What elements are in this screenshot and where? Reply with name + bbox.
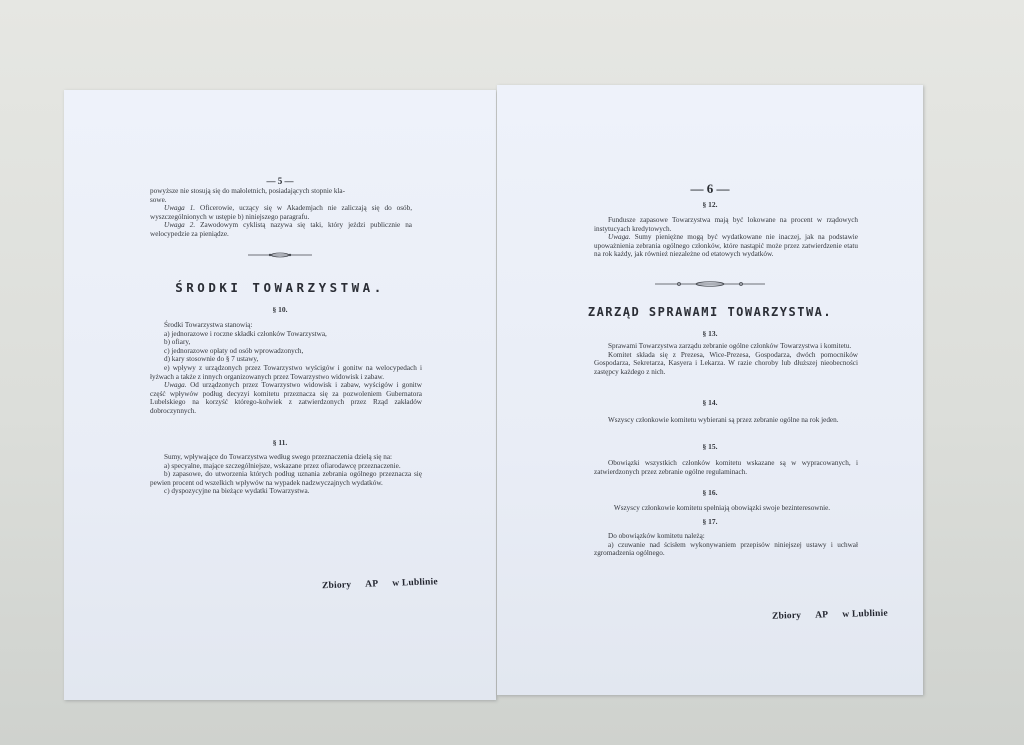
- list-item: d) kary stosownie do § 7 ustawy,: [150, 355, 422, 364]
- paragraph-text: Fundusze zapasowe Towarzystwa mają być l…: [594, 216, 858, 233]
- list-item: c) jednorazowe opłaty od osób wprowadzon…: [150, 347, 422, 356]
- ornament-divider-icon: [655, 280, 765, 288]
- intro-line: sowe.: [150, 196, 412, 205]
- section-heading: ZARZĄD SPRAWAMI TOWARZYSTWA.: [497, 305, 923, 319]
- note-text: Od urządzonych przez Towarzystwo widowis…: [150, 381, 422, 415]
- paragraph-title: § 14.: [497, 398, 923, 407]
- list-item: a) czuwanie nad ścisłem wykonywaniem prz…: [594, 541, 858, 558]
- document-page-right: — 6 — § 12. Fundusze zapasowe Towarzystw…: [497, 85, 923, 695]
- stamp-word: Zbiory: [322, 580, 352, 591]
- paragraph-16: Wszyscy członkowie komitetu spełniają ob…: [577, 504, 867, 513]
- note-label: Uwaga.: [164, 381, 187, 389]
- paragraph-15: Obowiązki wszystkich członków komitetu w…: [594, 459, 858, 476]
- paragraph-13: Sprawami Towarzystwa zarządu zebranie og…: [594, 342, 858, 376]
- list-item: b) ofiary,: [150, 338, 422, 347]
- paragraph-text: Wszyscy członkowie komitetu spełniają ob…: [577, 504, 867, 513]
- paragraph-title: § 10.: [64, 305, 496, 314]
- ornament-divider-icon: [248, 251, 312, 259]
- paragraph-title: § 16.: [497, 488, 923, 497]
- paragraph-text: Sprawami Towarzystwa zarządu zebranie og…: [594, 342, 858, 351]
- paragraph-12: Fundusze zapasowe Towarzystwa mają być l…: [594, 216, 858, 259]
- list-item: a) specyalne, mające szczególniejsze, ws…: [150, 462, 422, 471]
- stamp-word: w Lublinie: [842, 609, 888, 620]
- paragraph-11: Sumy, wpływające do Towarzystwa według s…: [150, 453, 422, 496]
- paragraph-14: Wszyscy członkowie komitetu wybierani są…: [594, 416, 858, 425]
- note: Uwaga. Od urządzonych przez Towarzystwo …: [150, 381, 422, 415]
- note-text: Sumy pieniężne mogą być wydatkowane nie …: [594, 233, 858, 258]
- paragraph-10: Środki Towarzystwa stanowią: a) jednoraz…: [150, 321, 422, 416]
- intro-text: powyższe nie stosują się do małoletnich,…: [150, 187, 412, 239]
- paragraph-lead: Do obowiązków komitetu należą:: [594, 532, 858, 541]
- archive-stamp: ZbioryAPw Lublinie: [772, 608, 902, 621]
- list-item: b) zapasowe, do utworzenia których podłu…: [150, 470, 422, 487]
- document-page-left: — 5 — powyższe nie stosują się do małole…: [64, 90, 496, 700]
- list-item: c) dyspozycyjne na bieżące wydatki Towar…: [150, 487, 422, 496]
- paragraph-17: Do obowiązków komitetu należą: a) czuwan…: [594, 532, 858, 558]
- paragraph-title: § 17.: [497, 517, 923, 526]
- paragraph-text: Wszyscy członkowie komitetu wybierani są…: [594, 416, 858, 425]
- note-label: Uwaga.: [608, 233, 631, 241]
- note: Uwaga. Sumy pieniężne mogą być wydatkowa…: [594, 233, 858, 259]
- archive-stamp: ZbioryAPw Lublinie: [322, 577, 452, 592]
- stamp-word: AP: [365, 579, 378, 589]
- list-item: a) jednorazowe i roczne składki członków…: [150, 330, 422, 339]
- section-heading: ŚRODKI TOWARZYSTWA.: [64, 280, 496, 295]
- paragraph-lead: Środki Towarzystwa stanowią:: [150, 321, 422, 330]
- intro-line: powyższe nie stosują się do małoletnich,…: [150, 187, 412, 196]
- stamp-word: Zbiory: [772, 611, 801, 622]
- stamp-word: AP: [815, 610, 828, 620]
- note-label: Uwaga 2.: [164, 221, 195, 229]
- list-item: e) wpływy z urządzonych przez Towarzystw…: [150, 364, 422, 381]
- paragraph-text: Obowiązki wszystkich członków komitetu w…: [594, 459, 858, 476]
- note-1: Uwaga 1. Oficerowie, uczący się w Akadem…: [150, 204, 412, 221]
- paragraph-text: Komitet składa się z Prezesa, Wice-Preze…: [594, 351, 858, 377]
- paragraph-title: § 13.: [497, 329, 923, 338]
- page-number: — 5 —: [64, 176, 496, 186]
- paragraph-title: § 11.: [64, 438, 496, 447]
- stamp-word: w Lublinie: [392, 577, 438, 589]
- page-number: — 6 —: [497, 181, 923, 197]
- paragraph-title: § 15.: [497, 442, 923, 451]
- note-label: Uwaga 1.: [164, 204, 195, 212]
- paragraph-lead: Sumy, wpływające do Towarzystwa według s…: [150, 453, 422, 462]
- note-2: Uwaga 2. Zawodowym cyklistą nazywa się t…: [150, 221, 412, 238]
- paragraph-title: § 12.: [497, 200, 923, 209]
